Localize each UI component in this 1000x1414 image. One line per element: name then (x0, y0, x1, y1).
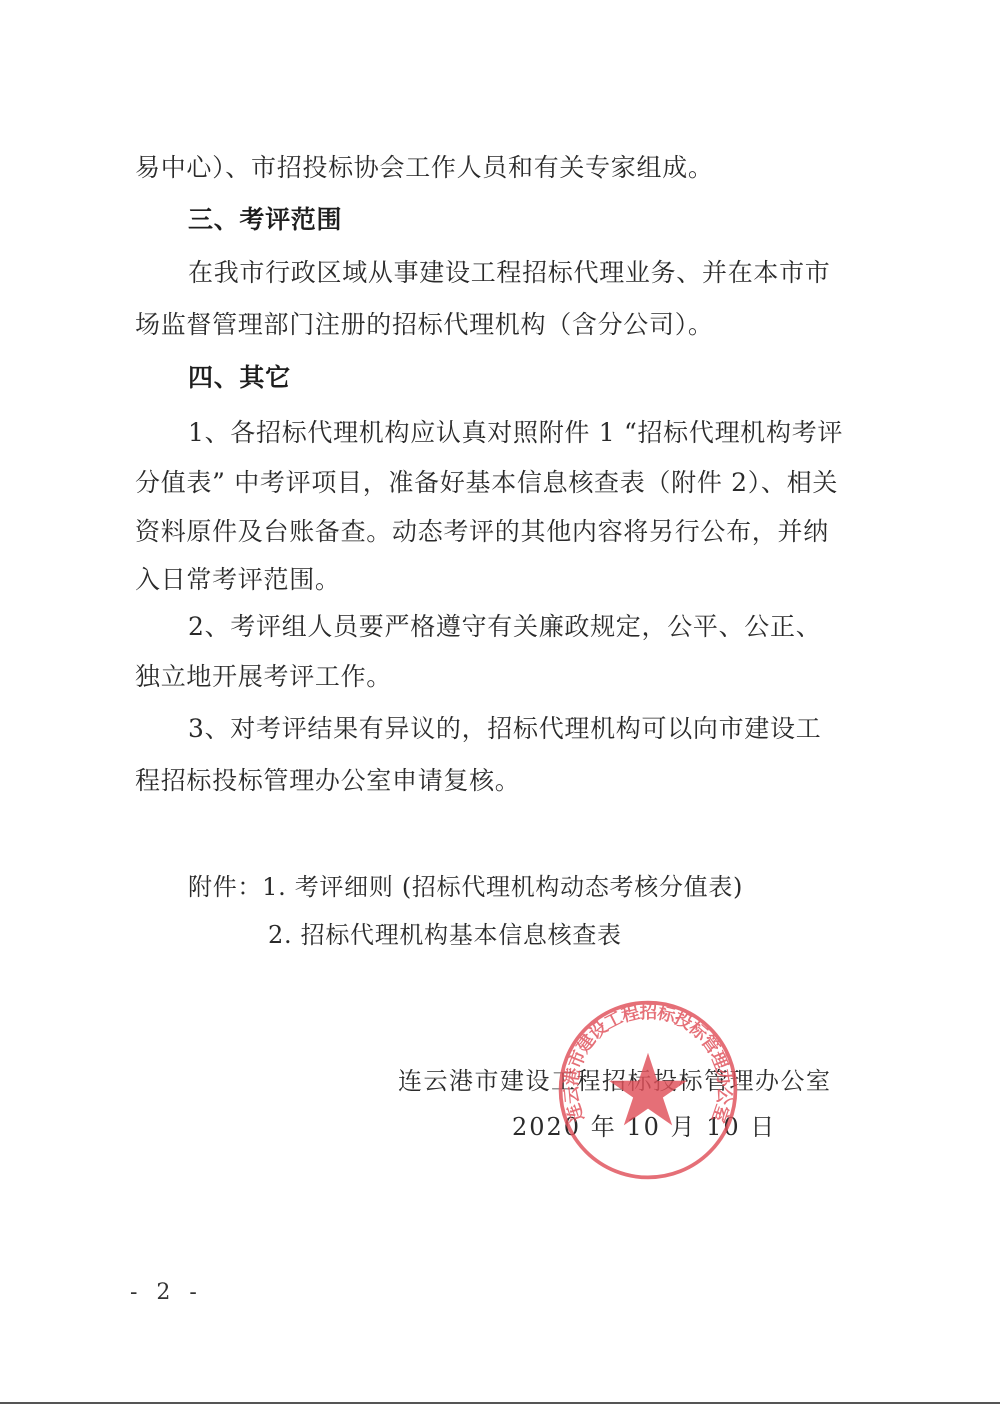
body-text-line: 资料原件及台账备查。动态考评的其他内容将另行公布，并纳 (135, 517, 860, 547)
body-text-line: 程招标投标管理办公室申请复核。 (135, 766, 860, 796)
official-seal-icon: 连云港市建设工程招标投标管理办公室 (555, 997, 741, 1183)
star-icon (609, 1053, 687, 1126)
attachment-item-1: 1. 考评细则 (招标代理机构动态考核分值表) (262, 873, 743, 901)
section-heading-scope: 三、考评范围 (188, 205, 913, 235)
body-text-line: 在我市行政区域从事建设工程招标代理业务、并在本市市 (188, 258, 913, 288)
section-heading-other: 四、其它 (188, 363, 913, 393)
body-text-line: 2、考评组人员要严格遵守有关廉政规定，公平、公正、 (188, 612, 913, 642)
body-text-line: 1、各招标代理机构应认真对照附件 1 “招标代理机构考评 (188, 418, 913, 448)
page-bottom-edge (0, 1402, 1000, 1404)
body-text-line: 入日常考评范围。 (135, 565, 860, 595)
body-text-line: 独立地开展考评工作。 (135, 662, 860, 692)
body-text-line: 分值表” 中考评项目，准备好基本信息核查表（附件 2）、相关 (135, 468, 860, 498)
attachment-line-1: 附件：1. 考评细则 (招标代理机构动态考核分值表) (188, 872, 913, 902)
attachment-label: 附件： (188, 873, 262, 901)
attachment-item-2: 2. 招标代理机构基本信息核查表 (268, 920, 993, 950)
body-text-line: 易中心）、市招投标协会工作人员和有关专家组成。 (135, 153, 860, 183)
document-page: 易中心）、市招投标协会工作人员和有关专家组成。 三、考评范围 在我市行政区域从事… (0, 0, 1000, 1414)
page-number: - 2 - (130, 1280, 203, 1305)
body-text-line: 场监督管理部门注册的招标代理机构（含分公司）。 (135, 310, 860, 340)
body-text-line: 3、对考评结果有异议的，招标代理机构可以向市建设工 (188, 714, 913, 744)
